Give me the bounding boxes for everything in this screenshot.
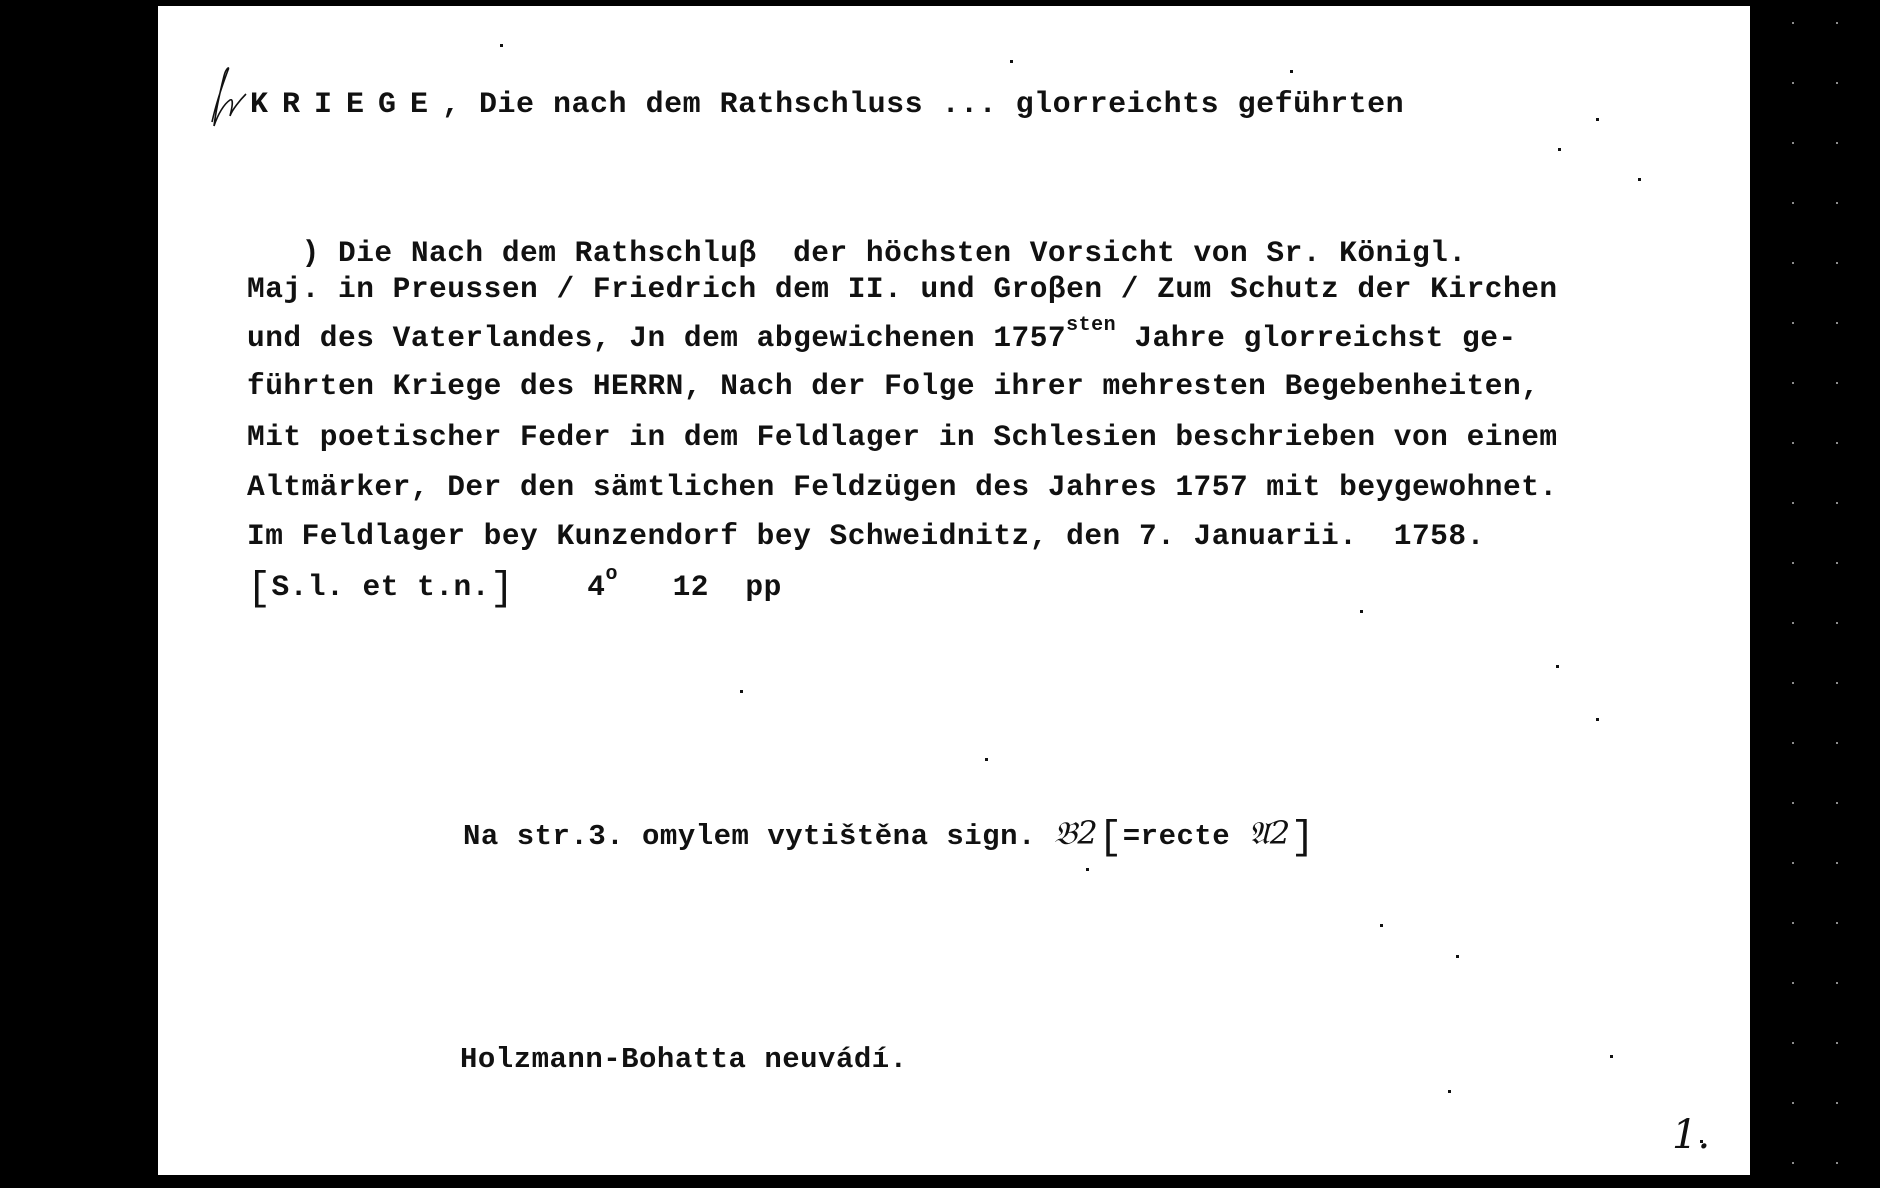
signature-note: Na str.3. omylem vytištěna sign. 𝔅2[=rec… [463, 812, 1315, 857]
body-line-3-text: und des Vaterlandes, Jn dem abgewichenen… [247, 321, 1066, 355]
correct-signature-letter: 𝔄 [1248, 814, 1270, 852]
scan-speck [1290, 70, 1293, 73]
bracket-open: [ [247, 567, 272, 612]
imprint-line: [S.l. et t.n.] 4o 12 pp [247, 563, 782, 608]
body-line-1: ) Die Nach dem Rathschluβ der höchsten V… [247, 236, 1467, 270]
recte-bracket-open: [ [1098, 816, 1123, 861]
recte-bracket-close: ] [1291, 816, 1316, 861]
heading-keyword: KRIEGE [250, 88, 442, 122]
scan-speck [1558, 148, 1561, 151]
wrong-signature-number: 2 [1077, 814, 1098, 852]
body-line-7: Im Feldlager bey Kunzendorf bey Schweidn… [247, 519, 1485, 553]
body-line-2: Maj. in Preussen / Friedrich dem II. und… [247, 272, 1558, 306]
card-heading: KRIEGE, Die nach dem Rathschluss ... glo… [250, 88, 1404, 122]
bracket-close: ] [490, 567, 515, 612]
scan-speck [1380, 924, 1383, 927]
scan-speck [1638, 178, 1641, 181]
imprint-pages: 12 pp [673, 570, 782, 604]
scan-speck [1360, 610, 1363, 613]
handwritten-mark-icon [208, 64, 248, 130]
recte-text: =recte [1123, 820, 1248, 853]
imprint-place: S.l. et t.n. [272, 570, 490, 604]
heading-rest: , Die nach dem Rathschluss ... glorreich… [442, 88, 1404, 122]
body-line-3: und des Vaterlandes, Jn dem abgewichenen… [247, 321, 1517, 355]
page-number: 1. [1672, 1112, 1710, 1158]
scan-speck [1700, 1140, 1703, 1143]
scan-speck [500, 44, 503, 47]
body-line-5: Mit poetischer Feder in dem Feldlager in… [247, 420, 1558, 454]
scan-speck [1610, 1055, 1613, 1058]
scan-speck [1448, 1090, 1451, 1093]
correct-signature-number: 2 [1270, 814, 1291, 852]
ordinal-superscript: sten [1066, 314, 1116, 337]
scan-speck [1086, 868, 1089, 871]
scan-speck [1556, 665, 1559, 668]
scan-speck [740, 690, 743, 693]
scan-speck [1596, 718, 1599, 721]
note-text: Na str.3. omylem vytištěna sign. [463, 820, 1054, 853]
body-line-6: Altmärker, Der den sämtlichen Feldzügen … [247, 470, 1558, 504]
body-line-4: führten Kriege des HERRN, Nach der Folge… [247, 369, 1539, 403]
imprint-format-sup: o [605, 563, 618, 586]
imprint-format: 4 [587, 570, 605, 604]
bibliographic-reference: Holzmann-Bohatta neuvádí. [460, 1043, 908, 1076]
scan-speck [1456, 955, 1459, 958]
film-edge-strip [1780, 0, 1860, 1188]
body-line-3-tail: Jahre glorreichst ge- [1116, 321, 1516, 355]
wrong-signature-letter: 𝔅 [1054, 814, 1078, 852]
scan-speck [1596, 118, 1599, 121]
scan-speck [1010, 60, 1013, 63]
scan-speck [985, 758, 988, 761]
